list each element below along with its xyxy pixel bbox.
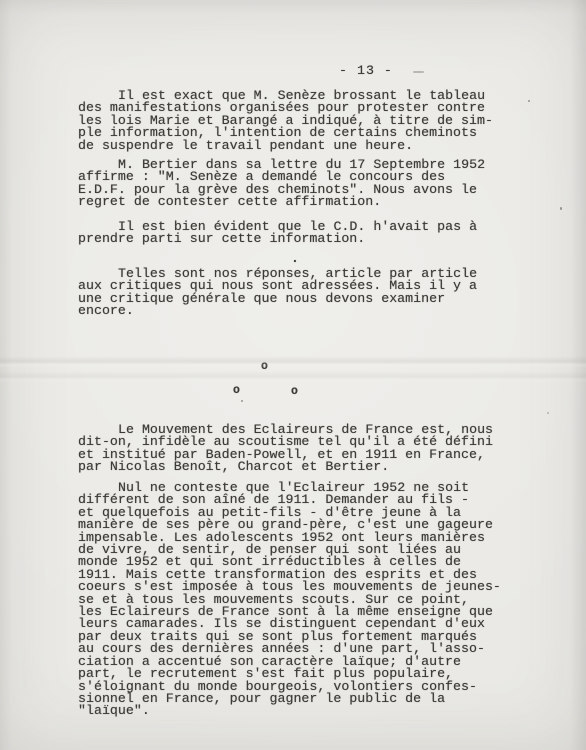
scan-crease <box>0 371 586 383</box>
scan-crease <box>0 356 586 368</box>
paragraph-1: Il est exact que M. Senèze brossant le t… <box>78 90 493 152</box>
stray-ink-dot: . <box>291 256 299 262</box>
asterism-separator-right: o <box>291 386 298 397</box>
paragraph-4: Telles sont nos réponses, article par ar… <box>78 268 477 318</box>
page-number: - 13 - <box>339 64 393 78</box>
paragraph-2: M. Bertier dans sa lettre du 17 Septembr… <box>78 159 485 209</box>
paragraph-3: Il est bien évident que le C.D. h'avait … <box>78 221 477 246</box>
asterism-separator-left: o <box>233 385 240 396</box>
scan-speck <box>241 400 243 402</box>
scan-speck <box>560 207 562 210</box>
paragraph-5: Le Mouvement des Eclaireurs de France es… <box>78 424 493 474</box>
scan-speck <box>528 100 530 102</box>
paragraph-6: Nul ne conteste que l'Eclaireur 1952 ne … <box>78 482 501 718</box>
scan-speck <box>547 412 549 414</box>
document-page: - 13 - Il est exact que M. Senèze brossa… <box>0 0 586 750</box>
scan-dash <box>413 71 424 73</box>
